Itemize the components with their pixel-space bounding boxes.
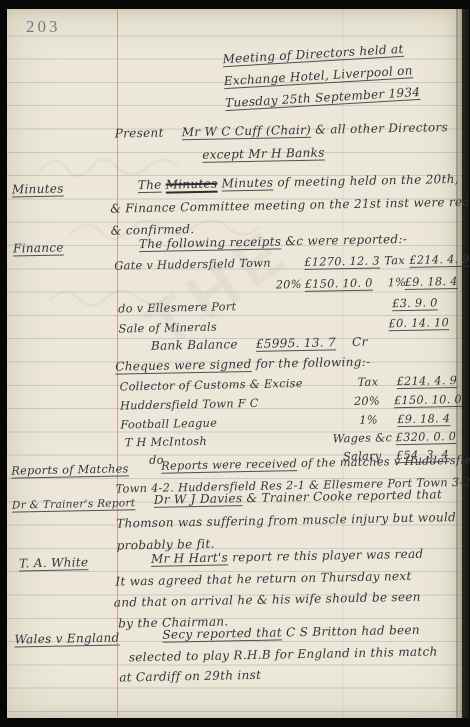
scanned-minutes-page: THE 203 Meeting of Directors held at Exc… (0, 0, 470, 727)
minutes-l1-word: Minutes (221, 176, 273, 191)
receipt-row-gate: Gate v Huddersfield Town (114, 253, 271, 278)
receipt-pct1-label: 20% (276, 274, 302, 296)
cheques-intro-underlined: Cheques were signed (115, 357, 252, 374)
page-number-stamp: 203 (26, 17, 61, 37)
finance-intro-rest: &c were reported:- (285, 232, 407, 248)
present-rest: & all other Directors (315, 120, 448, 137)
section-heading-matches: Reports of Matches (11, 458, 129, 482)
trainer-l1-rest: & Trainer Cooke reported that (246, 487, 442, 505)
present-label: Present (115, 126, 164, 141)
receipt-pct2-amount: £9. 18. 4 (405, 271, 458, 294)
wales-line-3: at Cardiff on 29th inst (119, 664, 261, 689)
page-edge-shadow (458, 9, 469, 718)
minutes-l1-the: The (138, 178, 162, 192)
struck-out-word: Minutes (166, 177, 218, 192)
bank-balance-label: Bank Balance (151, 337, 238, 353)
wales-l1-underlined: Secy reported that (162, 625, 282, 641)
bank-balance-amount: £5995. 13. 7 (256, 335, 336, 351)
meeting-heading: Meeting of Directors held at Exchange Ho… (222, 37, 421, 114)
matches-l1-underlined: Reports were received (161, 457, 297, 473)
matches-l1-rest: of the matches v Huddersfield (301, 454, 470, 470)
receipt-tax-label: Tax (384, 250, 405, 272)
present-except-line: except Mr H Banks (202, 142, 325, 166)
receipt-minerals-amount: £0. 14. 10 (388, 312, 449, 335)
wales-l1-rest: C S Britton had been (286, 623, 420, 640)
section-heading-minutes: Minutes (12, 178, 64, 201)
finance-intro-underlined: The following receipts (139, 234, 282, 251)
cheques-intro-rest: for the following:- (256, 355, 371, 371)
chairman-name: Mr W C Cuff (Chair) (182, 123, 312, 139)
trainer-doctor-name: Dr W J Davies (154, 491, 243, 507)
receipt-pct1-amount: £150. 10. 0 (305, 273, 373, 296)
section-heading-wales: Wales v England (14, 627, 119, 651)
bank-balance-cr: Cr (352, 335, 368, 349)
minutes-l1-rest: of meeting held on the 20th, (277, 172, 459, 189)
section-heading-white: T. A. White (19, 551, 89, 574)
handwritten-content: Meeting of Directors held at Exchange Ho… (0, 0, 464, 1)
receipt-tax-amount: £214. 4. 9 (409, 249, 470, 272)
white-l1-rest: report re this player was read (232, 547, 424, 565)
section-heading-finance: Finance (13, 237, 64, 260)
cheque-payee: T H McIntosh (125, 431, 208, 455)
receipt-gate-amount: £1270. 12. 3 (304, 250, 380, 273)
white-l1-underlined: Mr H Hart's (151, 550, 228, 565)
